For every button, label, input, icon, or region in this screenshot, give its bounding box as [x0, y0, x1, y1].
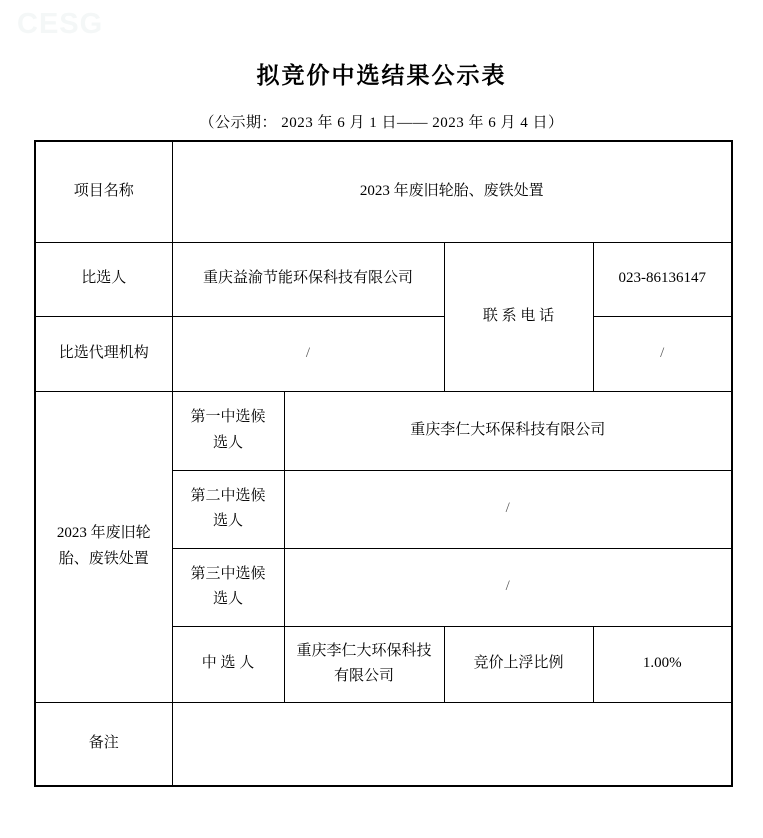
winner-value: 重庆李仁大环保科技有限公司	[284, 626, 444, 702]
table-row: 比选人 重庆益渝节能环保科技有限公司 联 系 电 话 023-86136147	[35, 242, 732, 316]
markup-ratio-label: 竞价上浮比例	[444, 626, 593, 702]
page-title: 拟竞价中选结果公示表	[0, 0, 763, 90]
publicity-period-subtitle: （公示期： 2023 年 6 月 1 日—— 2023 年 6 月 4 日）	[0, 111, 763, 132]
candidate1-value: 重庆李仁大环保科技有限公司	[284, 391, 732, 470]
table-row: 备注	[35, 702, 732, 786]
project-name-value: 2023 年废旧轮胎、废铁处置	[172, 141, 732, 242]
remarks-label: 备注	[35, 702, 172, 786]
winner-label: 中 选 人	[172, 626, 284, 702]
selector-phone-value: 023-86136147	[593, 242, 732, 316]
candidate2-value: /	[284, 470, 732, 548]
cesg-watermark: CESG	[17, 8, 103, 41]
candidate3-label: 第三中选候选人	[172, 548, 284, 626]
selector-label: 比选人	[35, 242, 172, 316]
agency-phone-value: /	[593, 316, 732, 391]
agency-value: /	[172, 316, 444, 391]
table-row: 比选代理机构 / /	[35, 316, 732, 391]
project-section-label: 2023 年废旧轮胎、废铁处置	[35, 391, 172, 702]
candidate2-label: 第二中选候选人	[172, 470, 284, 548]
selector-value: 重庆益渝节能环保科技有限公司	[172, 242, 444, 316]
candidate3-value: /	[284, 548, 732, 626]
remarks-value	[172, 702, 732, 786]
candidate1-label: 第一中选候选人	[172, 391, 284, 470]
markup-ratio-value: 1.00%	[593, 626, 732, 702]
bid-result-table: 项目名称 2023 年废旧轮胎、废铁处置 比选人 重庆益渝节能环保科技有限公司 …	[34, 140, 733, 787]
contact-phone-label: 联 系 电 话	[444, 242, 593, 391]
table-row: 2023 年废旧轮胎、废铁处置 第一中选候选人 重庆李仁大环保科技有限公司	[35, 391, 732, 470]
project-name-label: 项目名称	[35, 141, 172, 242]
table-row: 项目名称 2023 年废旧轮胎、废铁处置	[35, 141, 732, 242]
agency-label: 比选代理机构	[35, 316, 172, 391]
